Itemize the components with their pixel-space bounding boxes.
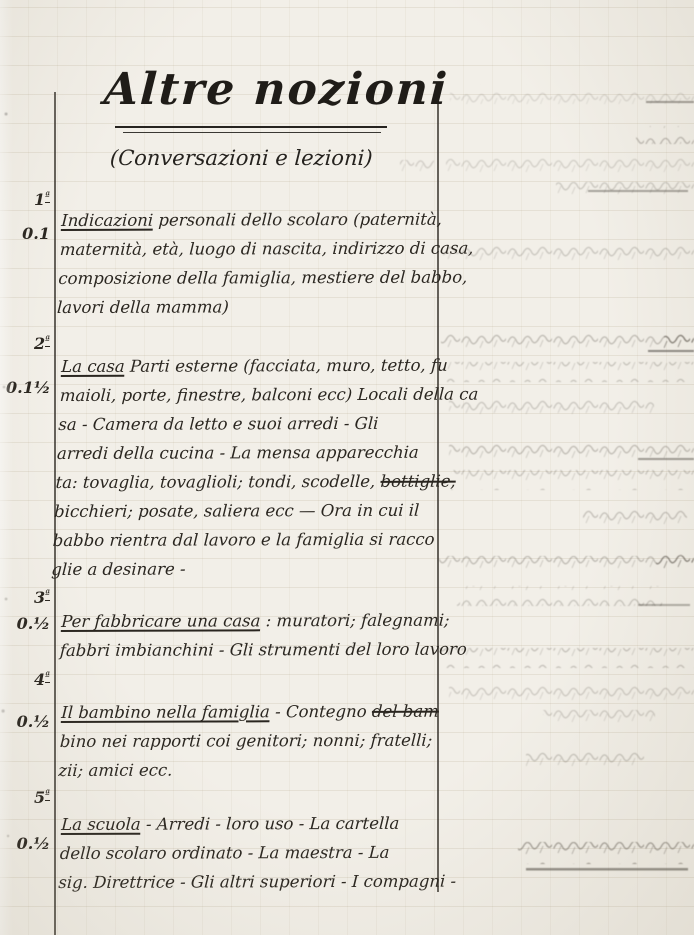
scanned-notebook-page: Altre nozioni (Conversazioni e lezioni) … [0,0,694,935]
scan-vignette [0,0,694,935]
